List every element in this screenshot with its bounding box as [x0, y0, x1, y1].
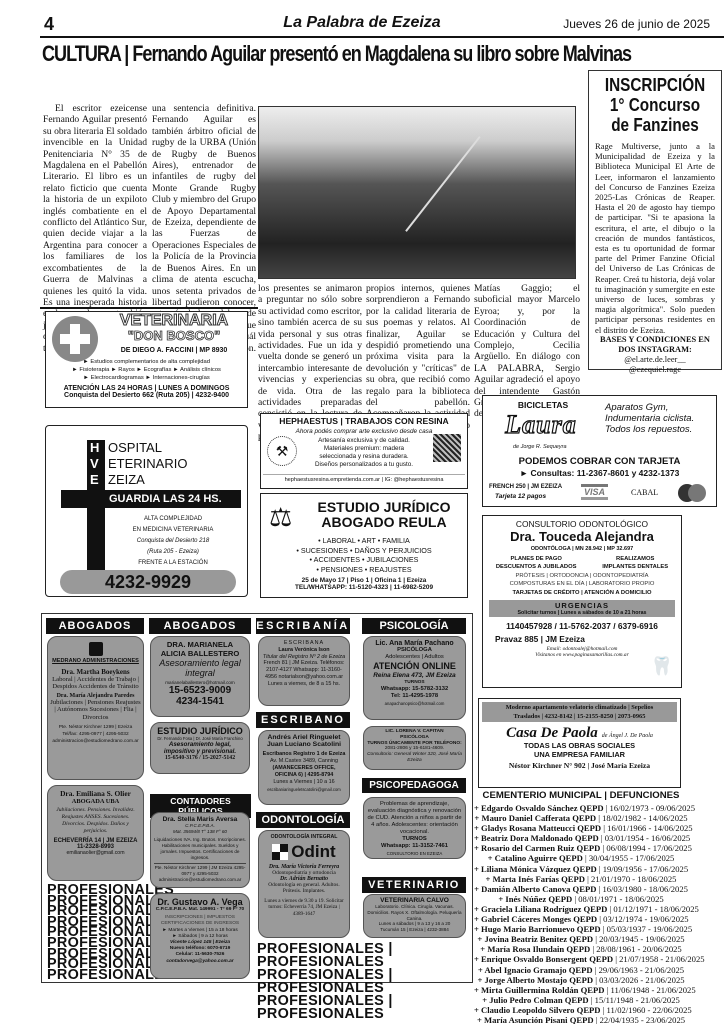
scales-icon: ⚖ — [269, 502, 292, 533]
defuncion-name: + Catalino Aguirre QEPD — [488, 853, 583, 863]
vet-owner: DE DIEGO A. FACCINI | MP 8930 — [101, 347, 247, 354]
aversa-address: Pte. Néstor Kirchner 1299 | JM Ezeiza 42… — [154, 863, 246, 877]
hammer-logo-icon: ⚒ — [267, 436, 297, 466]
bici-installments: Tarjeta 12 pagos — [495, 493, 546, 500]
hve-phone: 4232-9929 — [60, 570, 236, 594]
sidebar-title: 1° Concurso — [604, 95, 706, 115]
section-abogados: ABOGADOS — [149, 618, 251, 634]
defunciones-title: CEMENTERIO MUNICIPAL | DEFUNCIONES — [476, 790, 686, 801]
ringuelet-address: Av. M.Castex 3489, Canning — [262, 758, 346, 765]
defuncion-entry: + Liliana Mónica Vázquez QEPD | 19/09/19… — [474, 864, 688, 874]
aversa-name: Dra. Stella Maris Aversa — [154, 816, 246, 823]
ad-ringuelet: Andrés Ariel Ringuelet Juan Luciano Scat… — [258, 730, 350, 805]
hve-line: ETERINARIO — [108, 456, 187, 472]
hve-info: ALTA COMPLEJIDAD — [108, 514, 238, 525]
hve-address: (Ruta 205 - Ezeiza) — [108, 547, 238, 558]
pachano-patients: Adolescentes | Adultos — [367, 654, 462, 661]
defuncion-entry: + Edgardo Osvaldo Sánchez QEPD | 16/02/1… — [474, 803, 688, 813]
hve-guardia: GUARDIA LAS 24 HS. — [61, 490, 241, 508]
odint-brand: Odint — [291, 842, 335, 862]
vet-address: Conquista del Desierto 662 (Ruta 205) | … — [46, 392, 247, 399]
paola-owner: de Ángel J. De Paola — [602, 733, 653, 739]
paola-services: Moderno apartamento velatorio climatizad… — [482, 703, 677, 712]
pachano-phone: Tel: 11-4295-1978 — [367, 693, 462, 700]
psicoped-whatsapp: Whatsapp: 11-3152-7461 — [367, 843, 462, 850]
article-headline: CULTURA | Fernando Aguilar presentó en M… — [42, 41, 485, 67]
instagram-link[interactable]: @el.arte.de.leer__ — [595, 355, 715, 365]
sidebar-title: INSCRIPCIÓN — [604, 75, 706, 95]
vega-services: INSCRIPCIONES | IMPUESTOS CERTIFICACIONE… — [154, 915, 246, 927]
bici-products: Aparatos Gym, Indumentaria ciclista. Tod… — [605, 402, 715, 435]
calvo-address: Tucumán 15 | Ezeiza | 4232-3884 — [366, 927, 463, 933]
hve-address: Conquista del Desierto 218 — [108, 536, 238, 547]
vet-logo-icon — [52, 316, 98, 362]
ringuelet-name: Andrés Ariel Ringuelet — [262, 734, 346, 741]
bici-card-notice: PODEMOS COBRAR CON TARJETA — [483, 456, 716, 467]
defuncion-dates: | 20/03/1945 - 19/06/2025 — [593, 934, 684, 944]
odint-specialty: Odontología en general. Adultos. Prótesi… — [262, 882, 346, 895]
ad-hospital-veterinario-ezeiza: GUARDIA LAS 24 HS. HVE OSPITALETERINARIO… — [45, 425, 248, 597]
defuncion-entry: + Inés Núñez QEPD | 08/01/1971 - 18/06/2… — [474, 894, 688, 904]
section-escribania: ESCRIBANÍA — [256, 618, 350, 634]
reula-phone: TEL/WHATSAPP: 11-5120-4323 | 11-6982-520… — [261, 584, 467, 591]
profesionales-filler: PROFESIONALESPROFESIONALESPROFESIONALESP… — [47, 885, 145, 980]
defuncion-name: + Abel Ignacio Gramajo QEPD — [478, 965, 593, 975]
odonto-license: ODONTÓLOGA | MN 28.942 | MP 32.697 — [483, 546, 681, 552]
vega-license: C.P.C.E.P.B.A. Mat. 149991 - T° 69 F° 70 — [154, 907, 246, 913]
odonto-feature: IMPLANTES DENTALES — [602, 563, 668, 571]
defuncion-dates: | 11/06/1948 - 21/06/2025 — [604, 985, 695, 995]
defuncion-dates: | 29/06/1963 - 21/06/2025 — [593, 965, 684, 975]
defuncion-entry: + Jovina Beatriz Benitez QEPD | 20/03/19… — [474, 934, 688, 944]
ad-ison: ESCRIBANA Laura Verónica Ison Titular de… — [258, 636, 350, 706]
fanzine-sidebar: INSCRIPCIÓN 1° Concurso de Fanzines Rage… — [588, 70, 722, 370]
medrano-name: MEDRANO ADMINISTRACIONES — [50, 658, 141, 665]
pachano-turnos: TURNOS — [367, 679, 462, 686]
ballestero-name: DRA. MARIANELA — [154, 640, 246, 649]
vet-hours: ATENCIÓN LAS 24 HORAS | LUNES A DOMINGOS — [46, 385, 247, 392]
odonto-phones: 1140457928 / 11-5762-2037 / 6379-6916 — [483, 621, 681, 631]
pachano-name: Lic. Ana María Pachano — [367, 640, 462, 647]
psicoped-turnos: TURNOS — [367, 836, 462, 843]
defuncion-dates: | 18/02/1982 - 14/06/2025 — [596, 813, 687, 823]
defuncion-name: + Hugo Mario Barrionuevo QEPD — [474, 924, 601, 934]
odint-hours: Lunes a viernes de 9.30 a 19. Solicitar … — [262, 898, 346, 917]
defuncion-entry: + Claudio Leopoldo Silvero QEPD | 11/02/… — [474, 1005, 688, 1015]
aversa-license: Mat. 35694/8 T° 138 F° 60 — [154, 829, 246, 835]
bici-brand-logo: Laura — [487, 410, 595, 440]
defuncion-dates: | 15/11/1948 - 21/06/2025 — [589, 995, 680, 1005]
odonto-doctor: Dra. Touceda Alejandra — [483, 529, 681, 544]
cabal-logo-icon: CABAL — [631, 488, 658, 497]
ad-bicicletas-laura: BICICLETAS Laura de Jorge R. Sequeyra Ap… — [482, 395, 717, 507]
odonto-services: PRÓTESIS | ORTODONCIA | ODONTOPEDIATRÍA — [483, 573, 681, 581]
pachano-address: Reina Elena 473, JM Ezeiza — [367, 672, 462, 679]
defuncion-name: + Jorge Alberto Mostajo QEPD — [477, 975, 593, 985]
reula-title: ESTUDIO JURÍDICO — [301, 500, 467, 515]
hve-info: EN MEDICINA VETERINARIA — [108, 525, 238, 536]
defuncion-entry: + Mirta Guillermina Roldán QEPD | 11/06/… — [474, 985, 688, 995]
paola-address: Néstor Kirchner N° 902 | José María Ezei… — [482, 761, 677, 770]
bici-header: BICICLETAS — [493, 400, 593, 410]
reula-area: • LABORAL • ART • FAMILIA — [261, 536, 467, 546]
photo-staircase — [406, 136, 481, 232]
calvo-services: Laboratorio. Clínica. Cirugía. Vacunas. … — [366, 904, 463, 921]
vega-hours: ► Martes a Viernes | 15 a 18 horas — [154, 928, 246, 934]
defuncion-dates: | 08/01/1971 - 18/06/2025 — [572, 894, 663, 904]
odint-header: ODONTOLOGÍA INTEGRAL — [262, 834, 346, 840]
ringuelet-hours: Lunes a Viernes | 10 a 16 — [262, 779, 346, 786]
medrano-lawyer: Dra. Martha Boeykens — [50, 668, 141, 676]
medrano-lawyer: Dra. María Alejandra Paredes — [50, 693, 141, 699]
olier-practice: Jubilaciones. Pensiones. Invalidez. Reaj… — [50, 807, 141, 835]
profesionales-label: PROFESIONALES | PROFESIONALES — [257, 995, 469, 1021]
column-rule — [40, 307, 258, 309]
defuncion-entry: + Hugo Mario Barrionuevo QEPD | 05/03/19… — [474, 924, 688, 934]
defuncion-entry: + Gabriel Cáceres Monges QEPD | 03/12/19… — [474, 914, 688, 924]
defuncion-entry: + Jorge Alberto Mostajo QEPD | 03/03/202… — [474, 975, 688, 985]
reula-area: • PENSIONES • REAJUSTES — [261, 565, 467, 575]
hve-info: FRENTE A LA ESTACIÓN — [108, 558, 238, 569]
odonto-hours: Solicitar turnos | Lunes a sábados de 10… — [490, 610, 674, 616]
defuncion-entry: + Catalino Aguirre QEPD | 30/04/1955 - 1… — [474, 853, 688, 863]
defuncion-entry: + Mauro Daniel Cafferata QEPD | 18/02/19… — [474, 813, 688, 823]
defuncion-name: + María Rosa Ilundain QEPD — [480, 944, 590, 954]
vet-name: VETERINARIA — [101, 312, 247, 329]
odonto-address: Pravaz 885 | JM Ezeiza — [483, 634, 681, 644]
ringuelet-email[interactable]: escribaniaringueletscatolini@gmail.com — [262, 786, 346, 793]
ad-olier: Dra. Emiliana S. Olier ABOGADA UBA Jubil… — [47, 785, 144, 881]
bici-address: FRENCH 250 | JM EZEIZA — [489, 484, 562, 490]
sidebar-title: de Fanzines — [604, 115, 706, 135]
bici-owner: de Jorge R. Sequeyra — [513, 444, 567, 450]
defuncion-name: + Claudio Leopoldo Silvero QEPD — [474, 1005, 601, 1015]
medrano-logo-icon — [89, 642, 103, 656]
bici-phones: ► Consultas: 11-2367-8601 y 4232-1373 — [483, 468, 716, 478]
defuncion-dates: | 30/04/1955 - 17/06/2025 — [583, 853, 674, 863]
ad-consultorio-odontologico: CONSULTORIO ODONTOLÓGICO Dra. Touceda Al… — [482, 515, 682, 688]
defuncion-dates: | 05/03/1937 - 19/06/2025 — [601, 924, 692, 934]
defuncion-dates: | 03/12/1974 - 19/06/2025 — [597, 914, 688, 924]
pachano-online: ATENCIÓN ONLINE — [367, 661, 462, 672]
tooth-icon: 🦷 — [651, 656, 673, 677]
odonto-feature: DESCUENTOS A JUBILADOS — [496, 563, 577, 571]
pachano-email[interactable]: anapachanopsico@hotmail.com — [367, 700, 462, 707]
defuncion-entry: + María Rosa Ilundain QEPD | 28/08/1961 … — [474, 944, 688, 954]
vet-subname: "DON BOSCO" — [101, 329, 247, 343]
estudio-title: ESTUDIO JURÍDICO — [154, 726, 246, 736]
mastercard-logo-icon — [678, 484, 706, 502]
odonto-urgencias: URGENCIAS — [490, 601, 674, 610]
defuncion-name: + Damián Alberto Canova QEPD — [474, 884, 596, 894]
profesionales-label: PROFESIONALES | PROFESIONALES — [257, 943, 469, 969]
profesionales-label: PROFESIONALES | PROFESIONALES — [257, 969, 469, 995]
reula-title: ABOGADO REULA — [301, 515, 467, 530]
defuncion-entry: + María Asunción Pisani QEPD | 22/04/193… — [474, 1015, 688, 1024]
estudio-tagline: Asesoramiento legal, impositivo y previs… — [154, 741, 246, 755]
sidebar-body: Rage Multiverse, junto a la Municipalida… — [595, 141, 715, 335]
defuncion-name: + Inés Núñez QEPD — [498, 894, 572, 904]
medrano-practice: Laboral | Accidentes de Trabajo | Despid… — [50, 676, 141, 691]
defuncion-name: + Enrique Osvaldo Bonsergent QEPD — [474, 954, 613, 964]
ballestero-name: ALICIA BALLESTERO — [154, 649, 246, 658]
ringuelet-registry: Escribanos Registro 1 de Ezeiza — [262, 751, 346, 758]
pachano-title: PSICÓLOGA — [367, 647, 462, 654]
defuncion-dates: | 11/02/1960 - 22/06/2025 — [601, 1005, 692, 1015]
defuncion-name: + Mauro Daniel Cafferata QEPD — [474, 813, 596, 823]
defuncion-dates: | 16/01/1966 - 14/06/2025 — [601, 823, 692, 833]
section-veterinario: VETERINARIO — [362, 877, 466, 893]
paola-name: Casa De Paola — [506, 725, 598, 741]
odonto-services: COMPOSTURAS EN EL DÍA | LABORATORIO PROP… — [483, 581, 681, 589]
aversa-services: Liquidaciones IVA. Ing. Brutos. Inscripc… — [154, 837, 246, 861]
calvo-name: VETERINARIA CALVO — [366, 897, 463, 904]
profesionales-label: PROFESIONALES — [47, 970, 145, 981]
ad-capitan: LIC. LORENA V. CAPITAN PSICÓLOGA TURNOS … — [363, 726, 466, 770]
defuncion-dates: | 06/08/1994 - 17/06/2025 — [600, 843, 691, 853]
paola-tagline: UNA EMPRESA FAMILIAR — [482, 751, 677, 760]
defuncion-dates: | 21/07/1958 - 21/06/2025 — [613, 954, 704, 964]
ad-casa-de-paola: Moderno apartamento velatorio climatizad… — [478, 698, 681, 788]
ad-veterinaria-don-bosco: VETERINARIA "DON BOSCO" DE DIEGO A. FACC… — [45, 311, 248, 408]
instagram-link[interactable]: @ezequiel.rage — [595, 365, 715, 375]
defuncion-entry: + Graciela Liliana Rodríguez QEPD | 01/1… — [474, 904, 688, 914]
defuncion-entry: + Rosario del Carmen Ruiz QEPD | 06/08/1… — [474, 843, 688, 853]
psicoped-services: Problemas de aprendizaje, evaluación dia… — [367, 801, 462, 836]
ad-odint: ODONTOLOGÍA INTEGRAL Odint Dra. María Vi… — [258, 830, 350, 938]
olier-title: ABOGADA UBA — [50, 798, 141, 805]
ad-psicopedagoga: Problemas de aprendizaje, evaluación dia… — [363, 797, 466, 859]
ad-aversa: Dra. Stella Maris Aversa C.P.C.E.P.B.A. … — [150, 812, 250, 888]
olier-name: Dra. Emiliana S. Olier — [50, 789, 141, 798]
section-psicopedagoga: PSICOPEDAGOGA — [362, 778, 466, 793]
qr-code-icon — [433, 434, 461, 462]
heph-title: HEPHAESTUS | TRABAJOS CON RESINA — [263, 416, 465, 426]
odonto-payment: TARJETAS DE CRÉDITO | ATENCIÓN A DOMICIL… — [483, 590, 681, 596]
vega-name: Dr. Gustavo A. Vega — [154, 897, 246, 907]
reula-area: • SUCESIONES • DAÑOS Y PERJUICIOS — [261, 546, 467, 556]
section-odontologia: ODONTOLOGÍA — [256, 812, 350, 828]
odonto-feature: REALIZAMOS — [602, 555, 668, 563]
hve-line: ZEIZA — [108, 472, 187, 488]
olier-email[interactable]: emilianaolier@gmail.com — [50, 850, 141, 856]
issue-date: Jueves 26 de junio de 2025 — [563, 17, 710, 31]
visa-logo-icon: VISA — [581, 484, 608, 500]
defuncion-name: + María Asunción Pisani QEPD — [477, 1015, 594, 1024]
psicoped-office: CONSULTORIO EN EZEIZA — [367, 850, 462, 857]
aversa-email[interactable]: administracion@estudiomedrano.com.ar — [154, 877, 246, 883]
vet-service: ► Electrocardiogramas ► Internaciones-ci… — [46, 374, 247, 382]
pachano-whatsapp: Whatsapp: 15-5782-3132 — [367, 686, 462, 693]
reula-address: 25 de Mayo 17 | Piso 1 | Oficina 1 | Eze… — [261, 577, 467, 584]
ison-name: Laura Verónica Ison — [262, 647, 346, 654]
defuncion-name: + Liliana Mónica Vázquez QEPD — [474, 864, 597, 874]
profesionales-filler: PROFESIONALES | PROFESIONALESPROFESIONAL… — [257, 943, 469, 1021]
defuncion-name: + Gabriel Cáceres Monges QEPD — [474, 914, 597, 924]
odint-logo-icon — [272, 844, 288, 860]
ad-abogado-reula: ⚖ ESTUDIO JURÍDICO ABOGADO REULA • LABOR… — [260, 493, 468, 598]
ballestero-tagline: Asesoramiento legal integral — [154, 658, 246, 678]
defuncion-dates: | 22/04/1935 - 23/06/2025 — [594, 1015, 685, 1024]
estudio-phones: 15-6540-3176 / 15-2027-5142 — [154, 755, 246, 761]
odonto-header: CONSULTORIO ODONTOLÓGICO — [483, 519, 681, 529]
defuncion-dates: | 16/02/1973 - 09/06/2025 — [604, 803, 695, 813]
ison-title: ESCRIBANA — [262, 640, 346, 647]
ad-veterinaria-calvo: VETERINARIA CALVO Laboratorio. Clínica. … — [363, 894, 466, 938]
ad-pachano: Lic. Ana María Pachano PSICÓLOGA Adolesc… — [363, 636, 466, 720]
ison-contact: French 81 | JM Ezeiza. Teléfonos: 2107-4… — [262, 660, 346, 687]
defuncion-name: + Graciela Liliana Rodríguez QEPD — [474, 904, 607, 914]
sidebar-bases: BASES Y CONDICIONES EN DOS INSTAGRAM: — [595, 335, 715, 355]
ballestero-phone: 15-6523-9009 — [154, 685, 246, 696]
ison-registry: Titular del Registro Nº 2 de Ezeiza — [262, 654, 346, 661]
ad-hephaestus: HEPHAESTUS | TRABAJOS CON RESINA Ahora p… — [260, 413, 468, 489]
heph-line: Diseños personalizados a tu gusto. — [263, 461, 465, 469]
defuncion-entry: + Marta Inés Farías QEPD | 21/01/1970 - … — [474, 874, 688, 884]
defuncion-dates: | 03/01/1954 - 16/06/2025 — [599, 833, 690, 843]
defuncion-dates: | 01/12/1971 - 18/06/2025 — [607, 904, 698, 914]
odonto-feature: PLANES DE PAGO — [496, 555, 577, 563]
defuncion-name: + Beatriz Dora Maldonado QEPD — [474, 833, 599, 843]
defuncion-entry: + Abel Ignacio Gramajo QEPD | 29/06/1963… — [474, 965, 688, 975]
medrano-practice: Jubilaciones | Pensiones Reajustes | Aut… — [50, 699, 141, 721]
reula-area: • ACCIDENTES • JUBILACIONES — [261, 555, 467, 565]
header-rule — [40, 36, 724, 38]
capitan-office: Consultorio: General Winter 320, José Ma… — [366, 752, 463, 764]
ballestero-phone: 4234-1541 — [154, 696, 246, 707]
section-escribano: ESCRIBANO — [256, 712, 350, 728]
hve-line: OSPITAL — [108, 440, 187, 456]
defuncion-entry: + Gladys Rosana Matteucci QEPD | 16/01/1… — [474, 823, 688, 833]
section-abogados: ABOGADOS — [46, 618, 144, 634]
defuncion-name: + Gladys Rosana Matteucci QEPD — [474, 823, 601, 833]
defuncion-name: + Julio Pedro Colman QEPD — [482, 995, 588, 1005]
medrano-phone: Tel/fax: 4295-0977 | 4295-5032 — [50, 731, 141, 738]
defunciones-list: + Edgardo Osvaldo Sánchez QEPD | 16/02/1… — [474, 803, 688, 1024]
ringuelet-name: Juan Luciano Scatolini — [262, 741, 346, 748]
ad-vega: Dr. Gustavo A. Vega C.P.C.E.P.B.A. Mat. … — [150, 893, 250, 979]
heph-website[interactable]: hephaestusresina.empretienda.com.ar | IG… — [263, 474, 465, 483]
ringuelet-office: (AMANECERES OFFICE, OFICINA 6) | 4295-87… — [262, 765, 346, 779]
defuncion-dates: | 16/03/1980 - 18/06/2025 — [596, 884, 687, 894]
defuncion-dates: | 03/03/2026 - 21/06/2025 — [593, 975, 684, 985]
defuncion-name: + Marta Inés Farías QEPD — [486, 874, 585, 884]
defuncion-name: + Rosario del Carmen Ruiz QEPD — [474, 843, 600, 853]
paola-phones: Traslados | 4232-8142 | 15-2155-8250 | 2… — [482, 712, 677, 721]
defuncion-entry: + Julio Pedro Colman QEPD | 15/11/1948 -… — [474, 995, 688, 1005]
ad-ballestero: DRA. MARIANELA ALICIA BALLESTERO Asesora… — [150, 636, 250, 717]
defuncion-entry: + Beatriz Dora Maldonado QEPD | 03/01/19… — [474, 833, 688, 843]
defuncion-name: + Mirta Guillermina Roldán QEPD — [474, 985, 604, 995]
defuncion-dates: | 21/01/1970 - 18/06/2025 — [585, 874, 676, 884]
defuncion-entry: + Enrique Osvaldo Bonsergent QEPD | 21/0… — [474, 954, 688, 964]
section-psicologia: PSICOLOGÍA — [362, 618, 466, 634]
defuncion-dates: | 19/09/1956 - 17/06/2025 — [597, 864, 688, 874]
ad-estudio-juridico: ESTUDIO JURÍDICO Dr. Fernando Fosa | Dr.… — [150, 722, 250, 774]
defuncion-name: + Edgardo Osvaldo Sánchez QEPD — [474, 803, 604, 813]
medrano-address: Pte. Néstor Kirchner 1299 | Ezeiza — [50, 724, 141, 731]
defuncion-dates: | 28/08/1961 - 20/06/2025 — [590, 944, 681, 954]
defuncion-entry: + Damián Alberto Canova QEPD | 16/03/198… — [474, 884, 688, 894]
ad-medrano: MEDRANO ADMINISTRACIONES Dra. Martha Boe… — [47, 636, 144, 780]
article-photo — [258, 106, 576, 279]
defuncion-name: + Jovina Beatriz Benitez QEPD — [477, 934, 593, 944]
vet-service: ► Fisioterapia ► Rayos ► Ecografías ► An… — [46, 366, 247, 374]
vega-email[interactable]: contadorvega@yahoo.com.ar — [154, 959, 246, 965]
medrano-email[interactable]: administracion@estudiomedrano.com.ar — [50, 738, 141, 745]
